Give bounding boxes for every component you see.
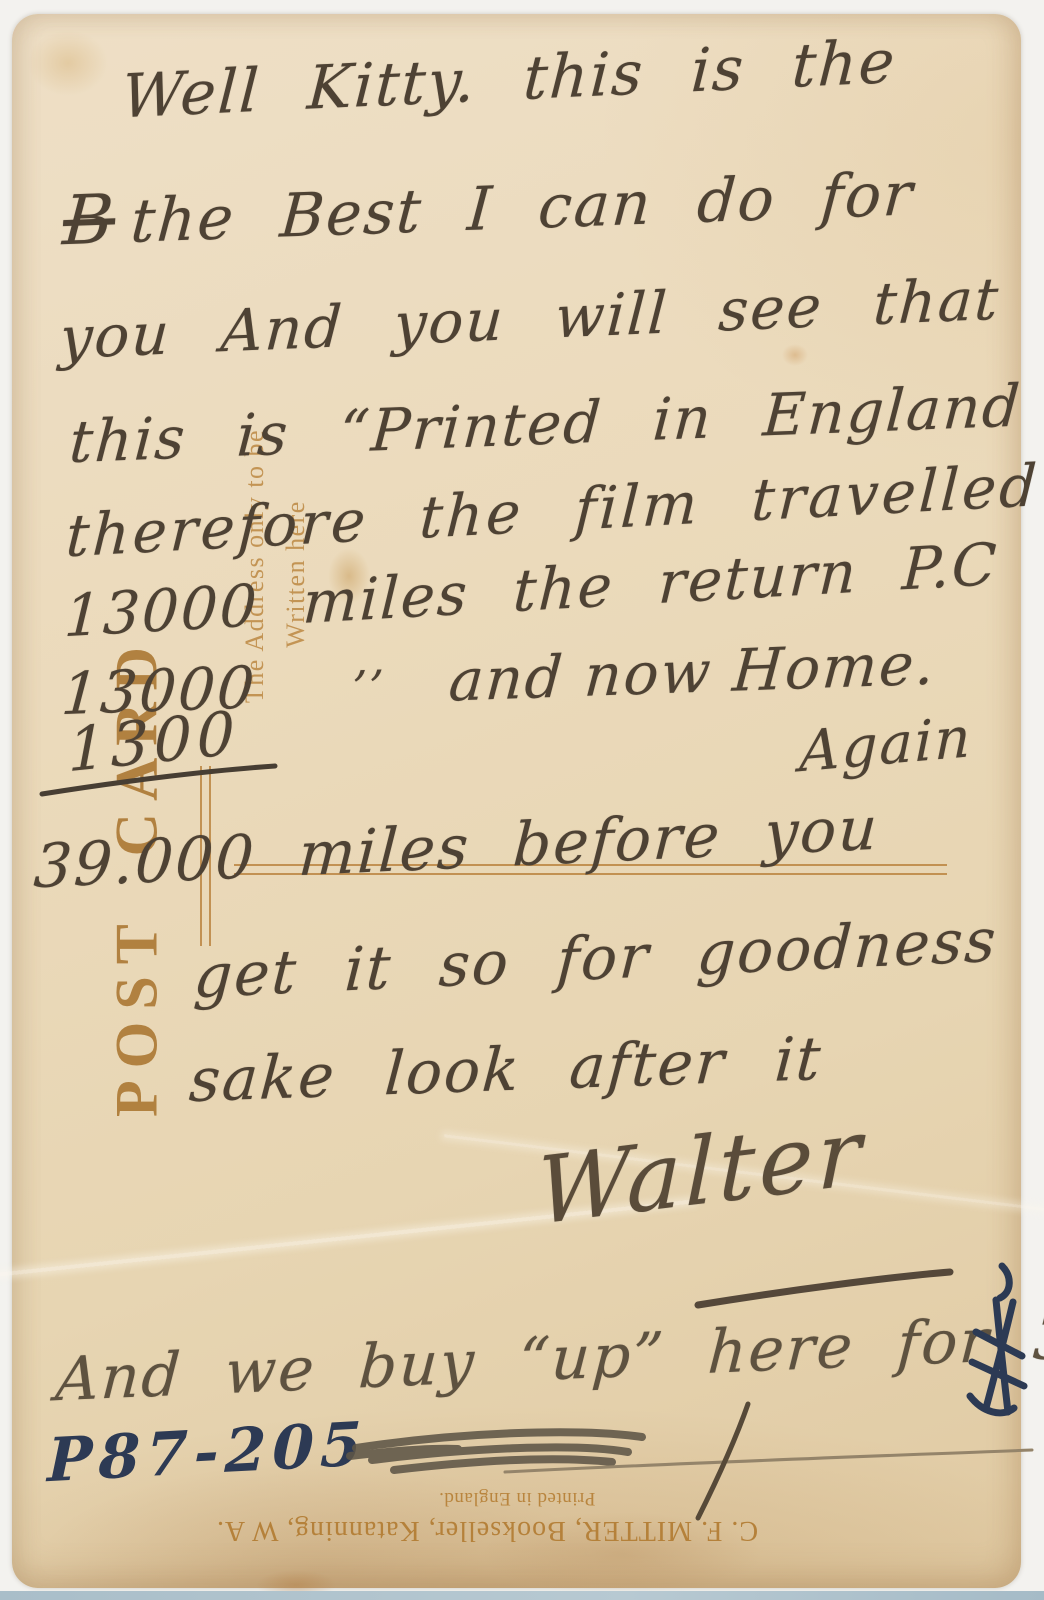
ditto-mark: ’’ (350, 660, 387, 715)
catalog-code: P87-205 (47, 1409, 369, 1496)
postcard-back: POST CARD The Address only to be Written… (12, 14, 1021, 1588)
message-line-7-text: and now Home. (447, 629, 939, 714)
message-line-3: you And you will see that (58, 265, 1002, 373)
message-line-12: sake look after it (187, 1024, 825, 1116)
postscript-text: And we buy “up” here for 3 (54, 1302, 1044, 1415)
crossed-out-letter: B (60, 180, 117, 261)
message-postscript: And we buy “up” here for 3d (54, 1300, 1044, 1415)
message-line-2-text: the Best I can do for (129, 159, 917, 257)
scanned-postcard-page: POST CARD The Address only to be Written… (0, 0, 1044, 1600)
paper-stain (782, 344, 808, 366)
message-line-11: get it so for goodness (192, 906, 1000, 1013)
scan-edge-strip (0, 1591, 1044, 1600)
signature: Walter (536, 1098, 866, 1246)
printed-in-england-imprint: Printed in England. (439, 1487, 596, 1509)
publisher-imprint: C. F. MITTER, Bookseller, Katanning, W A… (216, 1514, 758, 1546)
message-word-again: Again (799, 705, 973, 785)
message-line-1: Well Kitty. this is the (120, 27, 899, 132)
paper-stain (28, 30, 108, 96)
message-line-2: Bthe Best I can do for (60, 152, 916, 261)
